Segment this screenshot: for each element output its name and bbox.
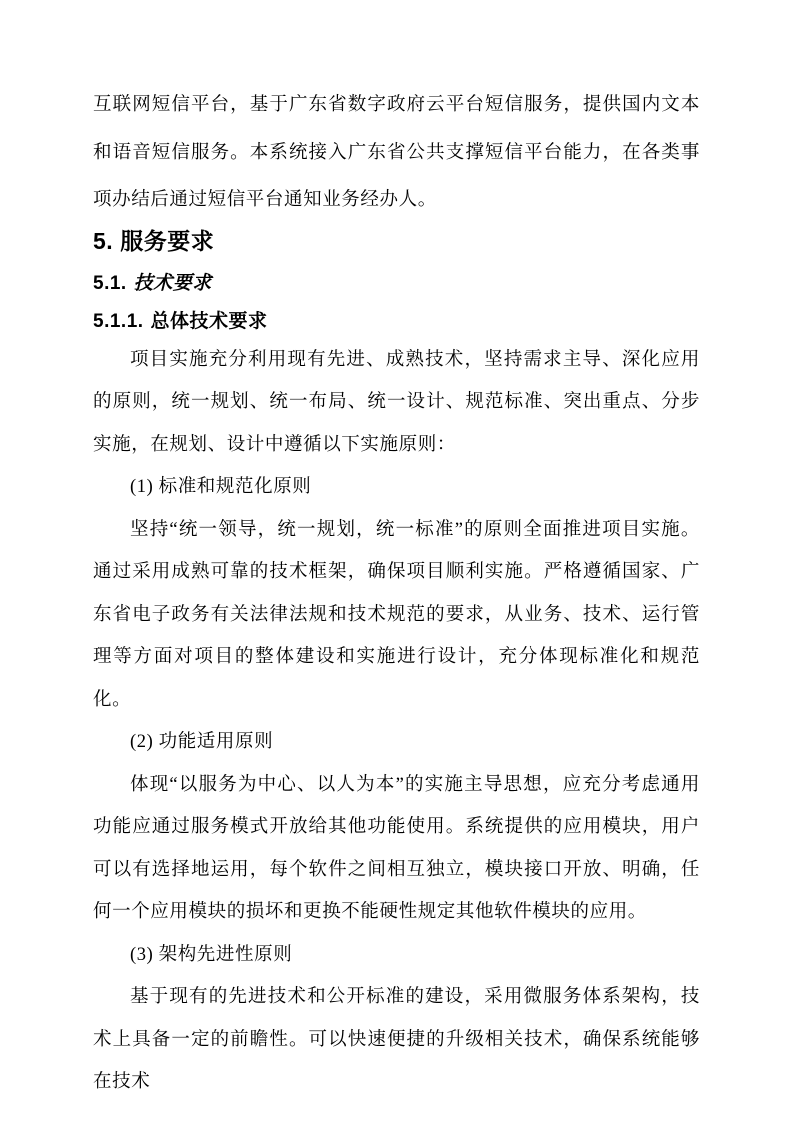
heading-label: 总体技术要求 xyxy=(151,311,268,332)
paragraph-functional-applicability-principle: 体现“以服务为中心、以人为本”的实施主导思想，应充分考虑通用功能应通过服务模式开… xyxy=(93,764,700,934)
list-item-1-title: (1) 标准和规范化原则 xyxy=(93,466,700,509)
paragraph-standardization-principle: 坚持“统一领导，统一规划，统一标准”的原则全面推进项目实施。通过采用成熟可靠的技… xyxy=(93,509,700,722)
heading-service-requirements: 5.服务要求 xyxy=(93,225,700,257)
list-item-3-title: (3) 架构先进性原则 xyxy=(93,934,700,977)
heading-technical-requirements: 5.1.技术要求 xyxy=(93,270,700,298)
paragraph-sms-platform: 互联网短信平台，基于广东省数字政府云平台短信服务，提供国内文本和语音短信服务。本… xyxy=(93,82,700,225)
heading-label: 服务要求 xyxy=(120,228,214,254)
heading-number: 5.1. xyxy=(93,273,127,294)
heading-label: 技术要求 xyxy=(134,273,212,294)
document-page: 互联网短信平台，基于广东省数字政府云平台短信服务，提供国内文本和语音短信服务。本… xyxy=(0,0,793,1122)
paragraph-architecture-advancement-principle: 基于现有的先进技术和公开标准的建设，采用微服务体系架构，技术上具备一定的前瞻性。… xyxy=(93,976,700,1104)
heading-number: 5. xyxy=(93,228,113,254)
heading-number: 5.1.1. xyxy=(93,311,144,332)
list-item-2-title: (2) 功能适用原则 xyxy=(93,721,700,764)
paragraph-implementation-principles: 项目实施充分利用现有先进、成熟技术，坚持需求主导、深化应用的原则，统一规划、统一… xyxy=(93,339,700,467)
heading-overall-technical-requirements: 5.1.1.总体技术要求 xyxy=(93,308,700,336)
